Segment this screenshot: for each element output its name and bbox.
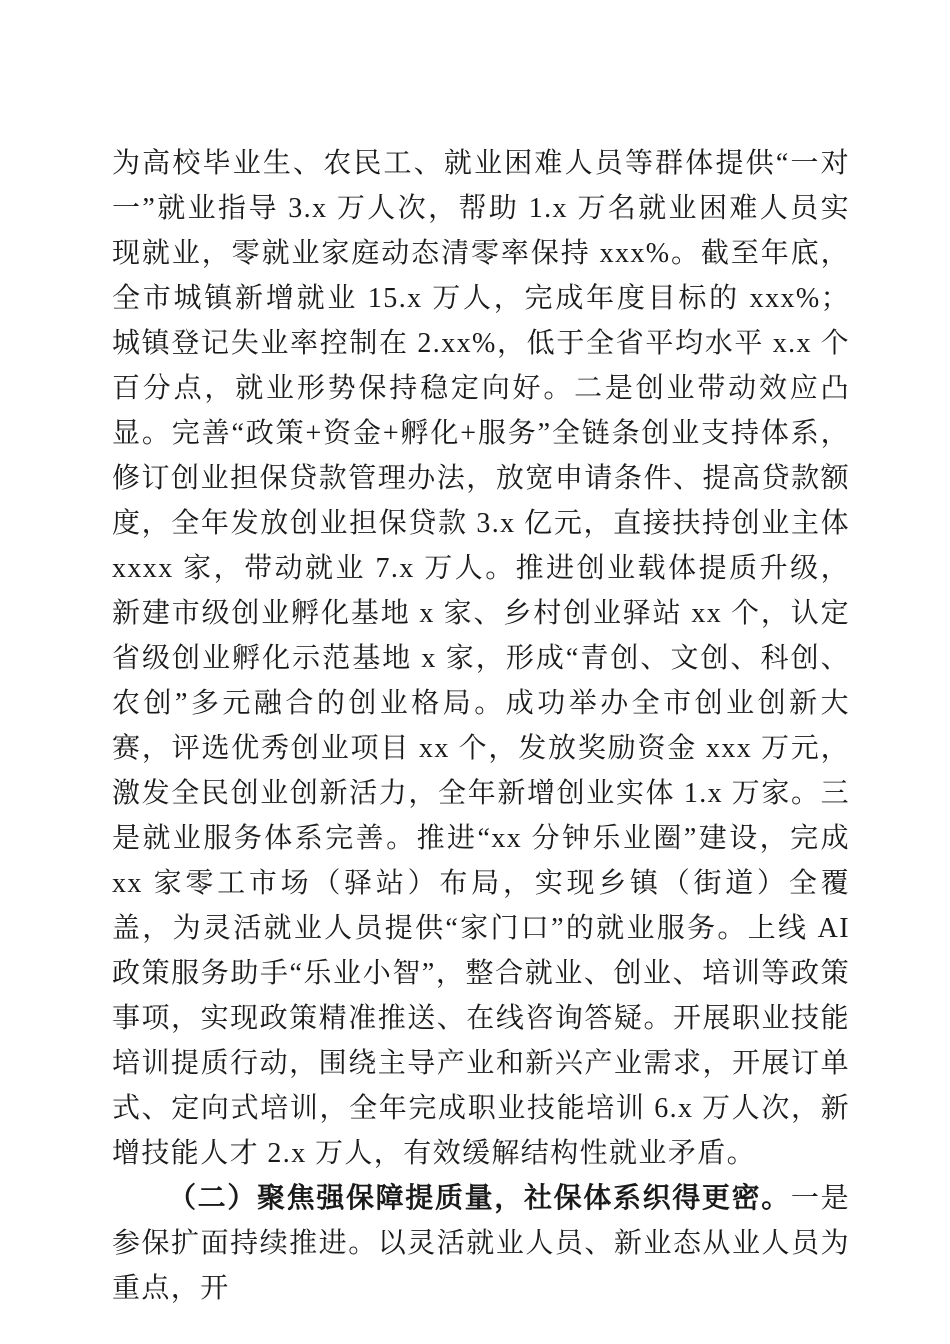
document-body: 为高校毕业生、农民工、就业困难人员等群体提供“一对一”就业指导 3.x 万人次，… xyxy=(112,141,850,1311)
paragraph-social-security: （二）聚焦强保障提质量，社保体系织得更密。一是参保扩面持续推进。以灵活就业人员、… xyxy=(112,1176,850,1311)
social-security-heading-text: （二）聚焦强保障提质量，社保体系织得更密。 xyxy=(168,1183,791,1214)
paragraph-employment-continuation: 为高校毕业生、农民工、就业困难人员等群体提供“一对一”就业指导 3.x 万人次，… xyxy=(112,141,850,1176)
document-page: 为高校毕业生、农民工、就业困难人员等群体提供“一对一”就业指导 3.x 万人次，… xyxy=(0,0,950,1344)
employment-paragraph-text: 为高校毕业生、农民工、就业困难人员等群体提供“一对一”就业指导 3.x 万人次，… xyxy=(112,148,850,1169)
